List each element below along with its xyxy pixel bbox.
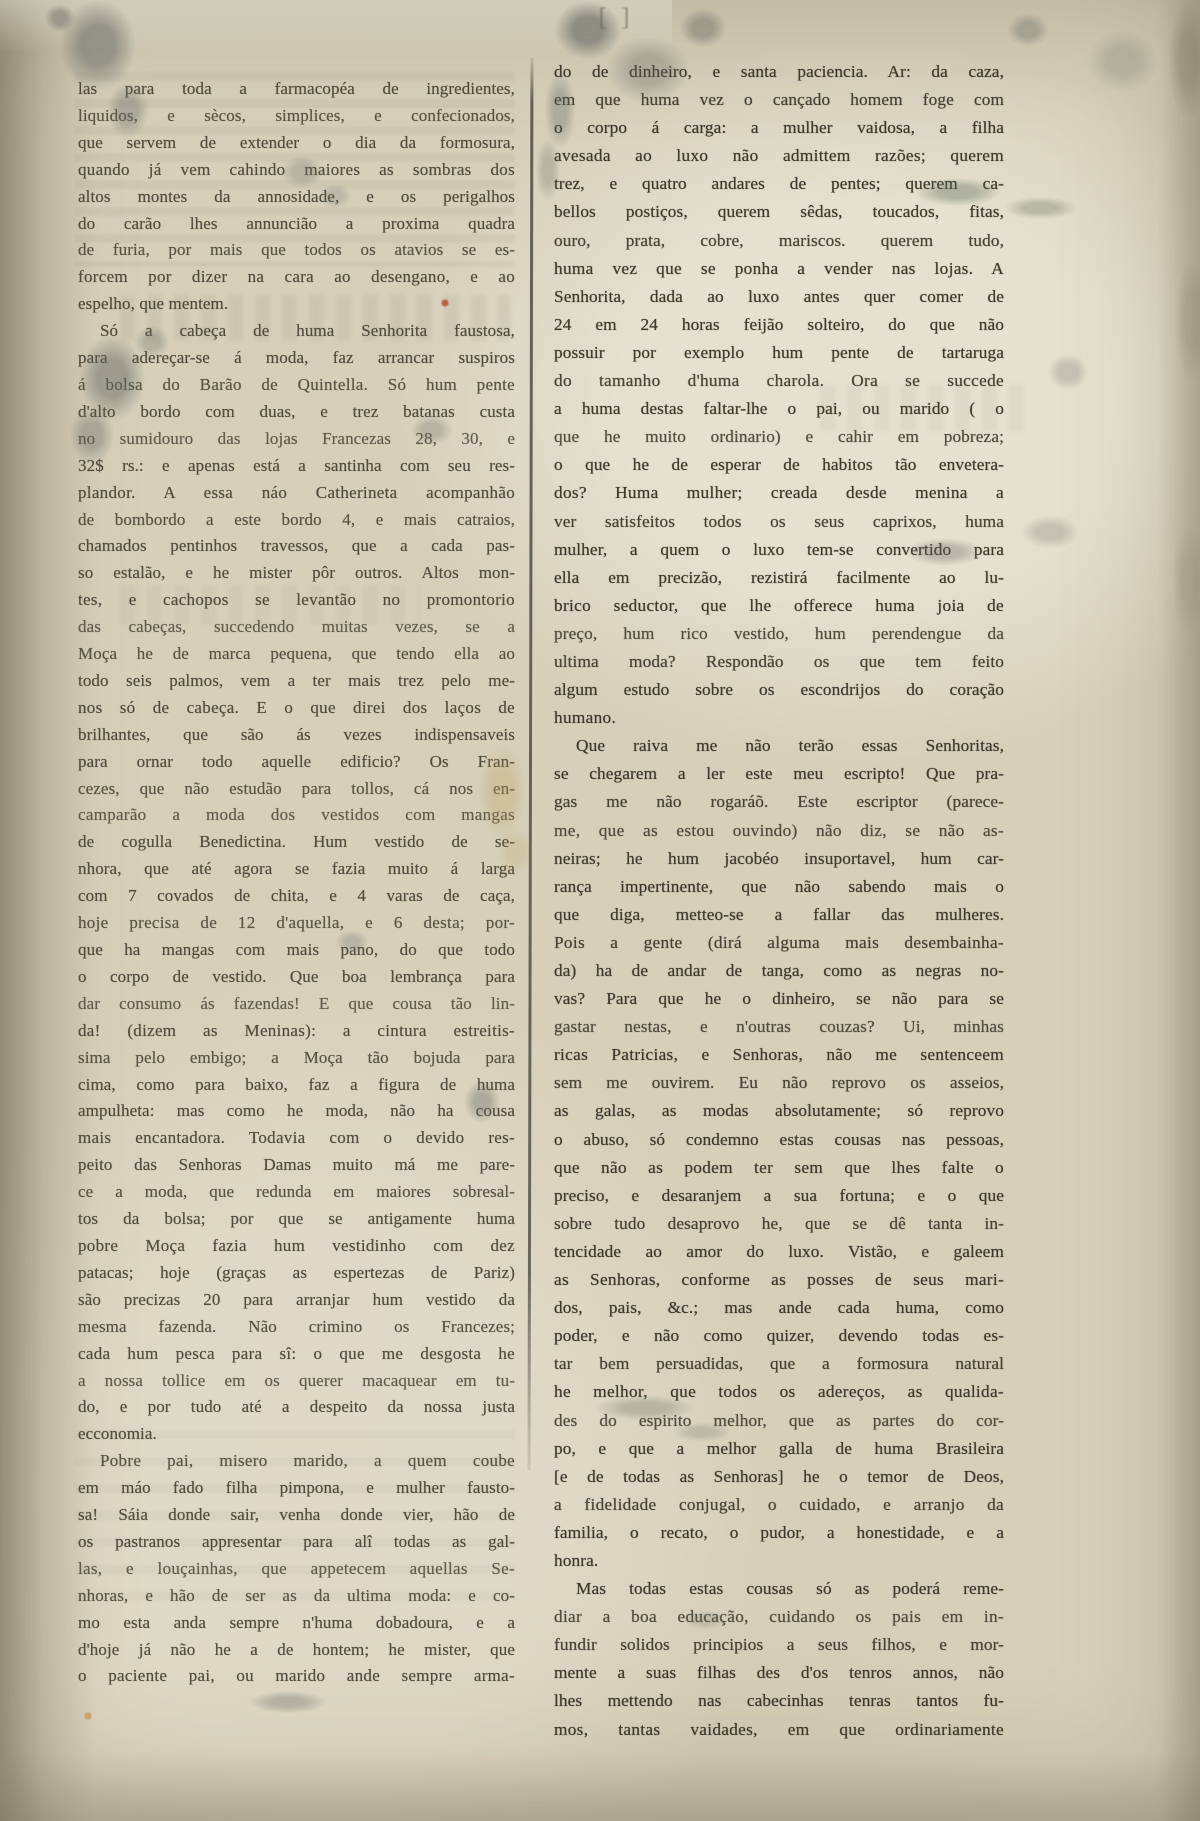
text-line: o paciente pai, ou marido ande sempre ar… — [78, 1663, 515, 1690]
text-line: da) ha de andar de tanga, como as negras… — [554, 957, 1004, 985]
text-line: diar a boa educação, cuidando os pais em… — [554, 1603, 1004, 1631]
text-line: hoje precisa de 12 d'aquella, e 6 desta;… — [78, 910, 515, 937]
text-line: [e de todas as Senhoras] he o temor de D… — [554, 1463, 1004, 1491]
text-line: dos, pais, &c.; mas ande cada huma, como — [554, 1294, 1004, 1322]
text-line: ella em precizão, rezistirá facilmente a… — [554, 564, 1004, 592]
text-line: des do espirito melhor, que as partes do… — [554, 1407, 1004, 1435]
text-line: preço, hum rico vestido, hum perendengue… — [554, 620, 1004, 648]
text-line: peito das Senhoras Damas muito má me par… — [78, 1152, 515, 1179]
text-line: a fidelidade conjugal, o cuidado, e arra… — [554, 1491, 1004, 1519]
text-line: sa! Sáia donde sair, venha donde vier, h… — [78, 1502, 515, 1529]
text-line: Pobre pai, misero marido, a quem coube — [78, 1448, 515, 1475]
text-line: o corpo de vestido. Que boa lembrança pa… — [78, 964, 515, 991]
paper-top-edge-highlight — [0, 0, 672, 52]
text-line: vas? Para que he o dinheiro, se não para… — [554, 985, 1004, 1013]
text-line: ampulheta: mas como he moda, não ha cous… — [78, 1098, 515, 1125]
text-line: dos? Huma mulher; creada desde menina a — [554, 479, 1004, 507]
text-line: liquidos, e sècos, simplices, e confecio… — [78, 103, 515, 130]
text-line: do carão lhes annuncião a proxima quadra — [78, 211, 515, 238]
text-line: forcem por dizer na cara ao desengano, e… — [78, 264, 515, 291]
column-divider-rule — [528, 58, 533, 1470]
text-line: ricas Patricias, e Senhoras, não me sent… — [554, 1041, 1004, 1069]
text-line: Moça he de marca pequena, que tendo ella… — [78, 641, 515, 668]
text-line: d'hoje já não he a de hontem; he mister,… — [78, 1637, 515, 1664]
text-line: nos só de cabeça. E o que direi dos laço… — [78, 695, 515, 722]
text-line: do de dinheiro, e santa paciencia. Ar: d… — [554, 58, 1004, 86]
text-line: 24 em 24 horas feijão solteiro, do que n… — [554, 311, 1004, 339]
text-line: o abuso, só condemno estas cousas nas pe… — [554, 1126, 1004, 1154]
text-line: todo seis palmos, vem a ter mais trez pe… — [78, 668, 515, 695]
text-line: patacas; hoje (graças as espertezas de P… — [78, 1260, 515, 1287]
text-line: se chegarem a ler este meu escripto! Que… — [554, 760, 1004, 788]
document-page: [ ] las para toda a farmacopéa de ingred… — [0, 0, 1200, 1821]
text-line: ouro, prata, cobre, mariscos. querem tud… — [554, 227, 1004, 255]
text-line: he melhor, que todos os adereços, as qua… — [554, 1378, 1004, 1406]
text-line: humano. — [554, 704, 1004, 732]
text-line: a huma destas faltar-lhe o pai, ou marid… — [554, 395, 1004, 423]
left-text-column: las para toda a farmacopéa de ingredient… — [78, 76, 515, 1690]
text-line: po, e que a melhor galla de huma Brasile… — [554, 1435, 1004, 1463]
text-line: nhora, que até agora se fazia muito á la… — [78, 856, 515, 883]
text-line: rança impertinente, que não sabendo mais… — [554, 873, 1004, 901]
text-line: do tamanho d'huma charola. Ora se succed… — [554, 367, 1004, 395]
text-line: tes, e cachopos se levantão no promontor… — [78, 587, 515, 614]
text-line: avesada ao luxo não admittem razões; que… — [554, 142, 1004, 170]
text-line: sem me ouvirem. Eu não reprovo os asseio… — [554, 1069, 1004, 1097]
text-line: no sumidouro das lojas Francezas 28, 30,… — [78, 426, 515, 453]
text-line: lhes mettendo nas cabecinhas tenras tant… — [554, 1687, 1004, 1715]
text-line: de cogulla Benedictina. Hum vestido de s… — [78, 829, 515, 856]
text-line: para adereçar-se á moda, faz arrancar su… — [78, 345, 515, 372]
text-line: que servem de extender o dia da formosur… — [78, 130, 515, 157]
text-line: gas me não rogaráõ. Este escriptor (pare… — [554, 788, 1004, 816]
text-line: ultima moda? Respondão os que tem feito — [554, 648, 1004, 676]
text-line: tencidade ao amor do luxo. Vistão, e gal… — [554, 1238, 1004, 1266]
paper-right-edge-shadow — [1158, 0, 1200, 1821]
text-line: possuir por exemplo hum pente de tartaru… — [554, 339, 1004, 367]
paper-bottom-edge-shadow — [0, 1751, 1200, 1821]
text-line: honra. — [554, 1547, 1004, 1575]
text-line: que não as podem ter sem que lhes falte … — [554, 1154, 1004, 1182]
text-line: sobre tudo desaprovo he, que se dê tanta… — [554, 1210, 1004, 1238]
text-line: cezes, que não estudão para tollos, cá n… — [78, 776, 515, 803]
text-line: Mas todas estas cousas só as poderá reme… — [554, 1575, 1004, 1603]
text-line: com 7 covados de chita, e 4 varas de caç… — [78, 883, 515, 910]
text-line: espelho, que mentem. — [78, 291, 515, 318]
text-line: a nossa tollice em os querer macaquear e… — [78, 1368, 515, 1395]
text-line: plandor. A essa náo Catherineta acompanh… — [78, 480, 515, 507]
text-line: pobre Moça fazia hum vestidinho com dez — [78, 1233, 515, 1260]
text-line: tos da bolsa; por que se antigamente hum… — [78, 1206, 515, 1233]
page-number-mark: [ ] — [576, 4, 656, 32]
text-line: cima, como para baixo, faz a figura de h… — [78, 1072, 515, 1099]
text-line: da! (dizem as Meninas): a cintura estrei… — [78, 1018, 515, 1045]
text-line: o corpo á carga: a mulher vaidosa, a fil… — [554, 114, 1004, 142]
text-line: 32$ rs.: e apenas está a santinha com se… — [78, 453, 515, 480]
text-line: das cabeças, succedendo muitas vezes, se… — [78, 614, 515, 641]
text-line: o que he de esperar de habitos tão envet… — [554, 451, 1004, 479]
text-line: ce a moda, que redunda em maiores sobres… — [78, 1179, 515, 1206]
text-line: Senhorita, dada ao luxo antes quer comer… — [554, 283, 1004, 311]
text-line: neiras; he hum jacobéo insuportavel, hum… — [554, 845, 1004, 873]
text-line: nhoras, e hão de ser as da ultima moda: … — [78, 1583, 515, 1610]
text-line: quando já vem cahindo maiores as sombras… — [78, 157, 515, 184]
text-line: que diga, metteo-se a fallar das mulhere… — [554, 901, 1004, 929]
text-line: Pois a gente (dirá alguma mais desembain… — [554, 929, 1004, 957]
text-line: as galas, as modas absolutamente; só rep… — [554, 1097, 1004, 1125]
text-line: d'alto bordo com duas, e trez batanas cu… — [78, 399, 515, 426]
text-line: para ornar todo aquelle edificio? Os Fra… — [78, 749, 515, 776]
text-line: me, que as estou ouvindo) não diz, se nã… — [554, 817, 1004, 845]
text-line: poder, e não como quizer, devendo todas … — [554, 1322, 1004, 1350]
text-line: altos montes da annosidade, e os perigal… — [78, 184, 515, 211]
text-line: mente a suas filhas des d'os tenros anno… — [554, 1659, 1004, 1687]
right-text-column: do de dinheiro, e santa paciencia. Ar: d… — [554, 58, 1004, 1744]
text-line: de furia, por mais que todos os atavios … — [78, 237, 515, 264]
text-line: em que huma vez o cançado homem foge com — [554, 86, 1004, 114]
text-line: tar bem persuadidas, que a formosura nat… — [554, 1350, 1004, 1378]
text-line: cada hum pesca para sî: o que me desgost… — [78, 1341, 515, 1368]
text-line: trez, e quatro andares de pentes; querem… — [554, 170, 1004, 198]
text-line: gastar nestas, e n'outras couzas? Ui, mi… — [554, 1013, 1004, 1041]
text-line: mos, tantas vaidades, em que ordinariame… — [554, 1716, 1004, 1744]
text-line: familia, o recato, o pudor, a honestidad… — [554, 1519, 1004, 1547]
text-line: em máo fado filha pimpona, e mulher faus… — [78, 1475, 515, 1502]
text-line: Que raiva me não terão essas Senhoritas, — [554, 732, 1004, 760]
text-line: as Senhoras, conforme as posses de seus … — [554, 1266, 1004, 1294]
text-line: que ha mangas com mais pano, do que todo — [78, 937, 515, 964]
text-line: bellos postiços, querem sêdas, toucados,… — [554, 198, 1004, 226]
text-line: algum estudo sobre os escondrijos do cor… — [554, 676, 1004, 704]
text-line: á bolsa do Barão de Quintella. Só hum pe… — [78, 372, 515, 399]
text-line: mais encantadora. Todavia com o devido r… — [78, 1125, 515, 1152]
text-line: de bombordo a este bordo 4, e mais catra… — [78, 507, 515, 534]
text-line: ecconomia. — [78, 1421, 515, 1448]
text-line: Só a cabeça de huma Senhorita faustosa, — [78, 318, 515, 345]
text-line: chamados pentinhos travessos, que a cada… — [78, 533, 515, 560]
text-line: fundir solidos principios a seus filhos,… — [554, 1631, 1004, 1659]
text-line: las, e louçainhas, que appetecem aquella… — [78, 1556, 515, 1583]
text-line: são precizas 20 para arranjar hum vestid… — [78, 1287, 515, 1314]
text-line: so estalão, e he mister pôr outros. Alto… — [78, 560, 515, 587]
text-line: brilhantes, que são ás vezes indispensav… — [78, 722, 515, 749]
text-line: que he muito ordinario) e cahir em pobre… — [554, 423, 1004, 451]
text-line: las para toda a farmacopéa de ingredient… — [78, 76, 515, 103]
text-line: dar consumo ás fazendas! E que cousa tão… — [78, 991, 515, 1018]
text-line: mulher, a quem o luxo tem-se convertido … — [554, 536, 1004, 564]
text-line: preciso, e desaranjem a sua fortuna; e o… — [554, 1182, 1004, 1210]
text-line: camparão a moda dos vestidos com mangas — [78, 802, 515, 829]
text-line: sima pelo embigo; a Moça tão bojuda para — [78, 1045, 515, 1072]
text-line: brico seductor, que lhe offerece huma jo… — [554, 592, 1004, 620]
text-line: do, e por tudo até a despeito da nossa j… — [78, 1394, 515, 1421]
text-line: ver satisfeitos todos os seus caprixos, … — [554, 508, 1004, 536]
text-line: mesma fazenda. Não crimino os Francezes; — [78, 1314, 515, 1341]
text-line: mo esta anda sempre n'huma dobadoura, e … — [78, 1610, 515, 1637]
text-line: huma vez que se ponha a vender nas lojas… — [554, 255, 1004, 283]
text-line: os pastranos appresentar para alî todas … — [78, 1529, 515, 1556]
